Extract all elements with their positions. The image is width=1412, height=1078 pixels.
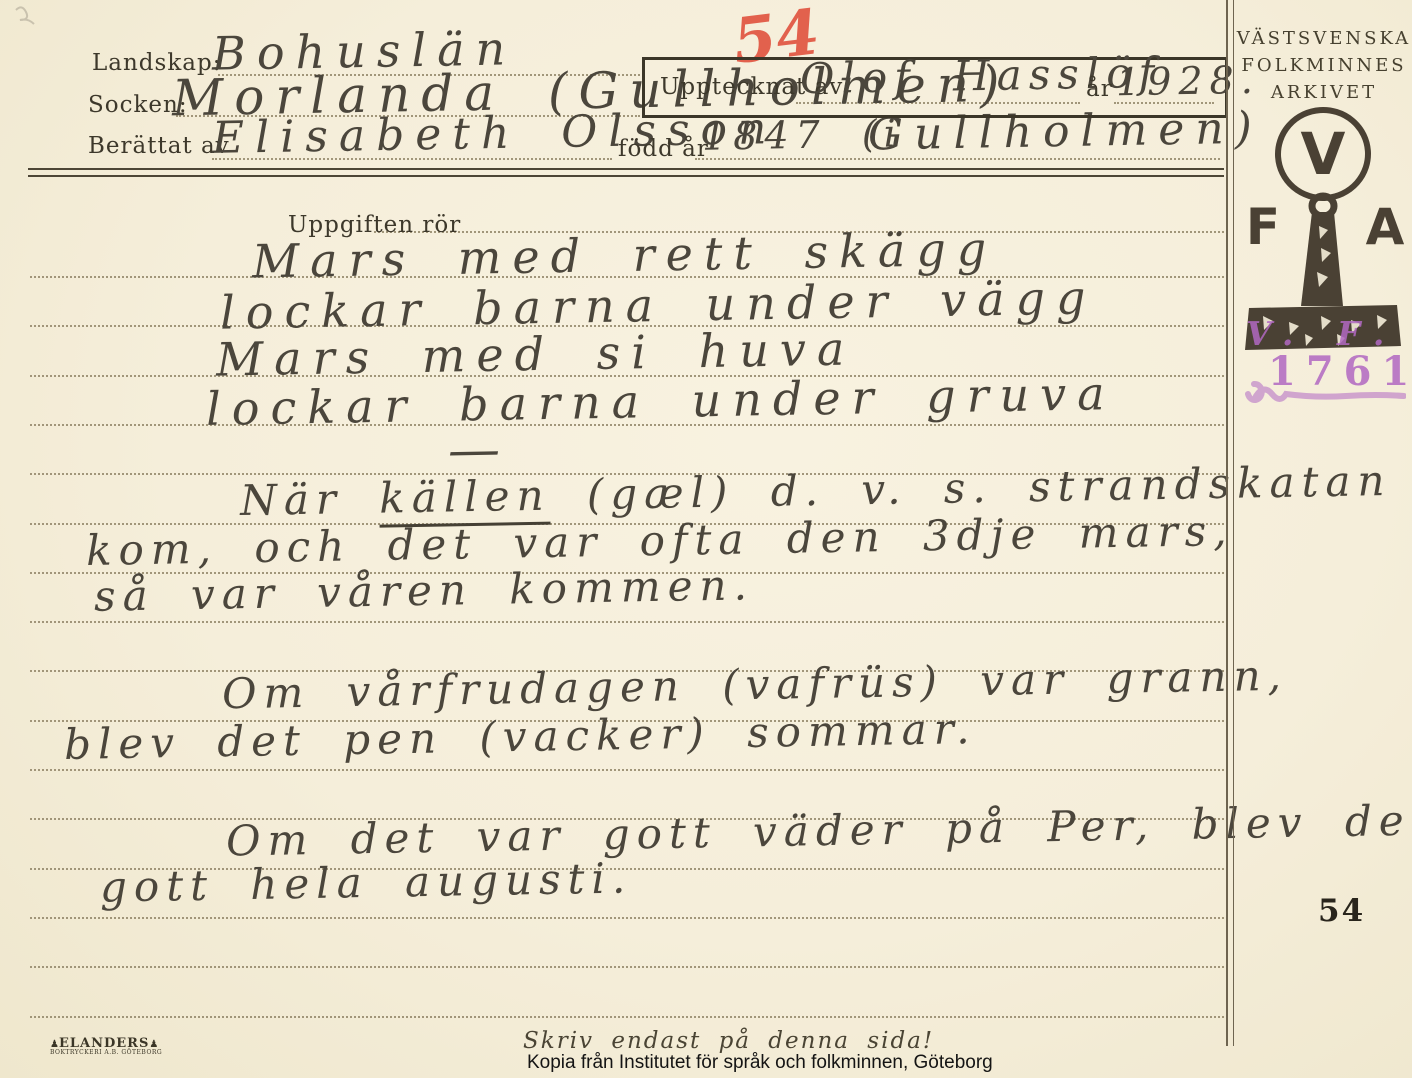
handwritten-text: När bbox=[240, 474, 380, 525]
archive-card-scan: Landskap: Bohuslän Socken: Morlanda (Gul… bbox=[0, 0, 1412, 1078]
write-only-notice: Skriv endast på denna sida! bbox=[523, 1028, 934, 1054]
handwritten-separator: — bbox=[448, 423, 525, 476]
handwritten-line: så var våren kommen. bbox=[94, 564, 755, 618]
ar-label: år bbox=[1086, 76, 1113, 102]
org-name-line2: FOLKMINNES bbox=[1236, 55, 1412, 76]
copy-attribution: Kopia från Institutet för språk och folk… bbox=[527, 1052, 993, 1074]
logo-letter-f: F bbox=[1246, 198, 1280, 256]
handwritten-line: Om det var gott väder på Per, blev det bbox=[226, 799, 1412, 862]
printer-mark: ♟ELANDERS♟ BOKTRYCKERI A.B. GÖTEBORG bbox=[50, 1034, 162, 1056]
handwritten-line: gott hela augusti. bbox=[100, 857, 633, 908]
dotted-rule bbox=[30, 621, 1224, 623]
pencil-scribble bbox=[12, 2, 46, 32]
fodd-label: född år bbox=[618, 136, 709, 162]
printed-page-number: 54 bbox=[1318, 893, 1365, 929]
handwritten-line: Om vårfrudagen (vafrüs) var grann, bbox=[222, 655, 1289, 716]
stamp-signature-scribble bbox=[1240, 378, 1406, 410]
header-divider-top bbox=[28, 168, 1224, 170]
handwritten-line: lockar barna under gruva bbox=[206, 370, 1116, 432]
svg-text:V: V bbox=[1301, 120, 1346, 188]
dotted-rule bbox=[30, 966, 1224, 968]
dotted-rule bbox=[30, 769, 1224, 771]
sidebar-divider-outer bbox=[1226, 0, 1228, 1046]
dotted-rule bbox=[30, 917, 1224, 919]
printer-subline: BOKTRYCKERI A.B. GÖTEBORG bbox=[50, 1050, 162, 1056]
handwritten-line: blev det pen (vacker) sommar. bbox=[64, 708, 977, 766]
org-name-line1: VÄSTSVENSKA bbox=[1236, 28, 1412, 49]
header-divider-bottom bbox=[28, 175, 1224, 177]
sidebar-divider-inner bbox=[1233, 0, 1234, 1046]
org-name-line3: ARKIVET bbox=[1236, 82, 1412, 103]
logo-letter-a: A bbox=[1366, 198, 1405, 256]
circled-v-logo: V bbox=[1275, 107, 1371, 201]
berattat-label: Berättat av bbox=[88, 133, 230, 159]
dotted-rule bbox=[30, 1016, 1224, 1018]
